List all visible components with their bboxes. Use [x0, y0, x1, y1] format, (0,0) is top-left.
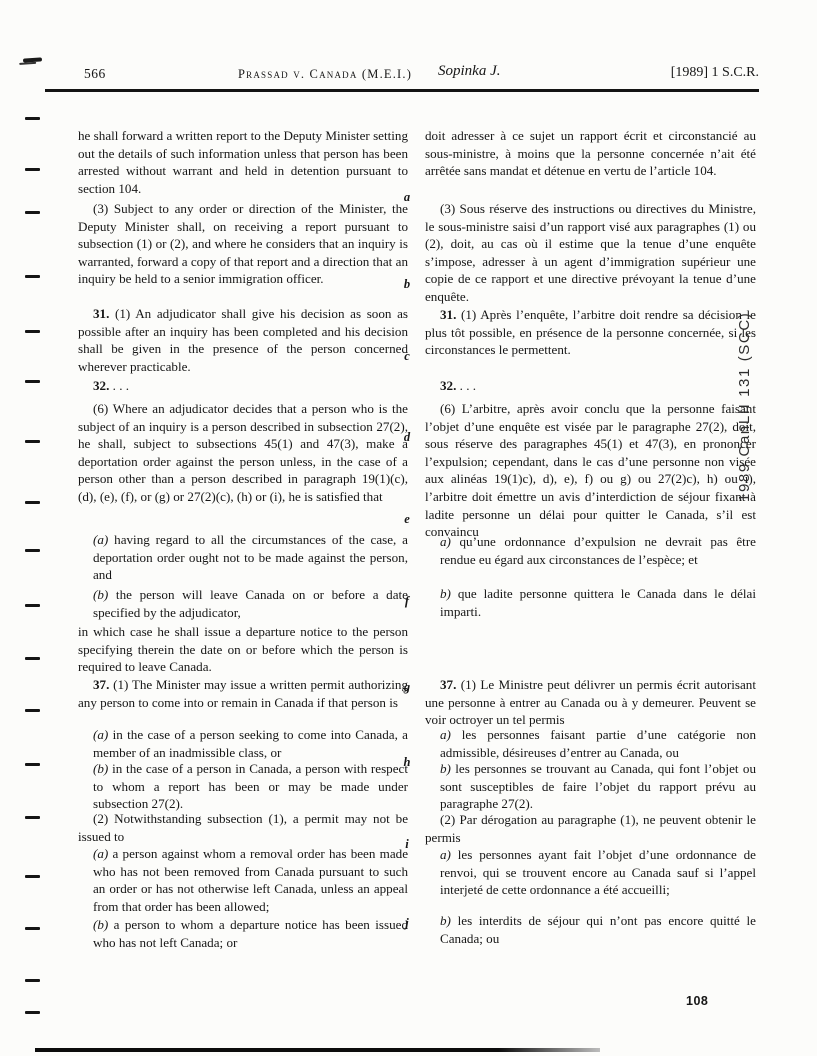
margin-dash: [25, 927, 40, 930]
margin-dash: [25, 501, 40, 504]
paragraph-english-3: 32. . . .: [78, 377, 408, 395]
margin-dash: [25, 330, 40, 333]
gutter-letter-i: i: [398, 837, 416, 852]
paragraph-english-1: (3) Subject to any order or direction of…: [78, 200, 408, 288]
gutter-letter-e: e: [398, 512, 416, 527]
paragraph-french-7: 37. (1) Le Ministre peut délivrer un per…: [425, 676, 756, 729]
margin-dash: [25, 604, 40, 607]
paragraph-french-11: a) les personnes ayant fait l’objet d’un…: [425, 846, 756, 899]
margin-dash: [25, 816, 40, 819]
scanned-court-report-page: 566 Prassad v. Canada (M.E.I.) Sopinka J…: [0, 0, 817, 1056]
margin-dash: [25, 549, 40, 552]
margin-dash: [25, 979, 40, 982]
gutter-letter-c: c: [398, 349, 416, 364]
margin-dash: [25, 657, 40, 660]
paragraph-french-12: b) les interdits de séjour qui n’ont pas…: [425, 912, 756, 947]
paragraph-french-6: b) que ladite personne quittera le Canad…: [425, 585, 756, 620]
gutter-letter-d: d: [398, 430, 416, 445]
paragraph-english-4: (6) Where an adjudicator decides that a …: [78, 400, 408, 506]
paragraph-french-5: a) qu’une ordonnance d’expulsion ne devr…: [425, 533, 756, 568]
paragraph-french-8: a) les personnes faisant partie d’une ca…: [425, 726, 756, 761]
footer-page-number: 108: [686, 994, 708, 1008]
margin-ink-mark: [23, 57, 42, 62]
paragraph-english-7: in which case he shall issue a departure…: [78, 623, 408, 676]
paragraph-english-12: (a) a person against whom a removal orde…: [78, 845, 408, 915]
bottom-scan-line: [35, 1048, 600, 1052]
margin-dash: [25, 709, 40, 712]
gutter-letter-b: b: [398, 277, 416, 292]
paragraph-french-9: b) les personnes se trouvant au Canada, …: [425, 760, 756, 813]
margin-dash: [25, 117, 40, 120]
margin-dash: [25, 875, 40, 878]
margin-dash: [25, 275, 40, 278]
margin-dash: [25, 211, 40, 214]
paragraph-french-1: (3) Sous réserve des instructions ou dir…: [425, 200, 756, 306]
paragraph-french-3: 32. . . .: [425, 377, 756, 395]
paragraph-french-2: 31. (1) Après l’enquête, l’arbitre doit …: [425, 306, 756, 359]
margin-dash: [25, 440, 40, 443]
paragraph-english-0: he shall forward a written report to the…: [78, 127, 408, 197]
paragraph-english-5: (a) having regard to all the circumstanc…: [78, 531, 408, 584]
column-english: he shall forward a written report to the…: [78, 0, 408, 1056]
paragraph-french-10: (2) Par dérogation au paragraphe (1), ne…: [425, 811, 756, 846]
margin-dash: [25, 168, 40, 171]
paragraph-english-6: (b) the person will leave Canada on or b…: [78, 586, 408, 621]
paragraph-french-0: doit adresser à ce sujet un rapport écri…: [425, 127, 756, 180]
margin-dash: [25, 763, 40, 766]
paragraph-french-4: (6) L’arbitre, après avoir conclu que la…: [425, 400, 756, 541]
margin-dash: [25, 380, 40, 383]
paragraph-english-2: 31. (1) An adjudicator shall give his de…: [78, 305, 408, 375]
paragraph-english-8: 37. (1) The Minister may issue a written…: [78, 676, 408, 711]
gutter-letter-j: j: [398, 916, 416, 931]
canlii-watermark: 1989 CanLII 131 (SCC): [736, 312, 753, 502]
paragraph-english-13: (b) a person to whom a departure notice …: [78, 916, 408, 951]
paragraph-english-11: (2) Notwithstanding subsection (1), a pe…: [78, 810, 408, 845]
gutter-letter-f: f: [398, 594, 416, 609]
margin-dash: [25, 1011, 40, 1014]
gutter-letter-h: h: [398, 755, 416, 770]
gutter-letter-g: g: [398, 680, 416, 695]
gutter-letter-a: a: [398, 190, 416, 205]
paragraph-english-9: (a) in the case of a person seeking to c…: [78, 726, 408, 761]
column-french: doit adresser à ce sujet un rapport écri…: [425, 0, 756, 1056]
paragraph-english-10: (b) in the case of a person in Canada, a…: [78, 760, 408, 813]
